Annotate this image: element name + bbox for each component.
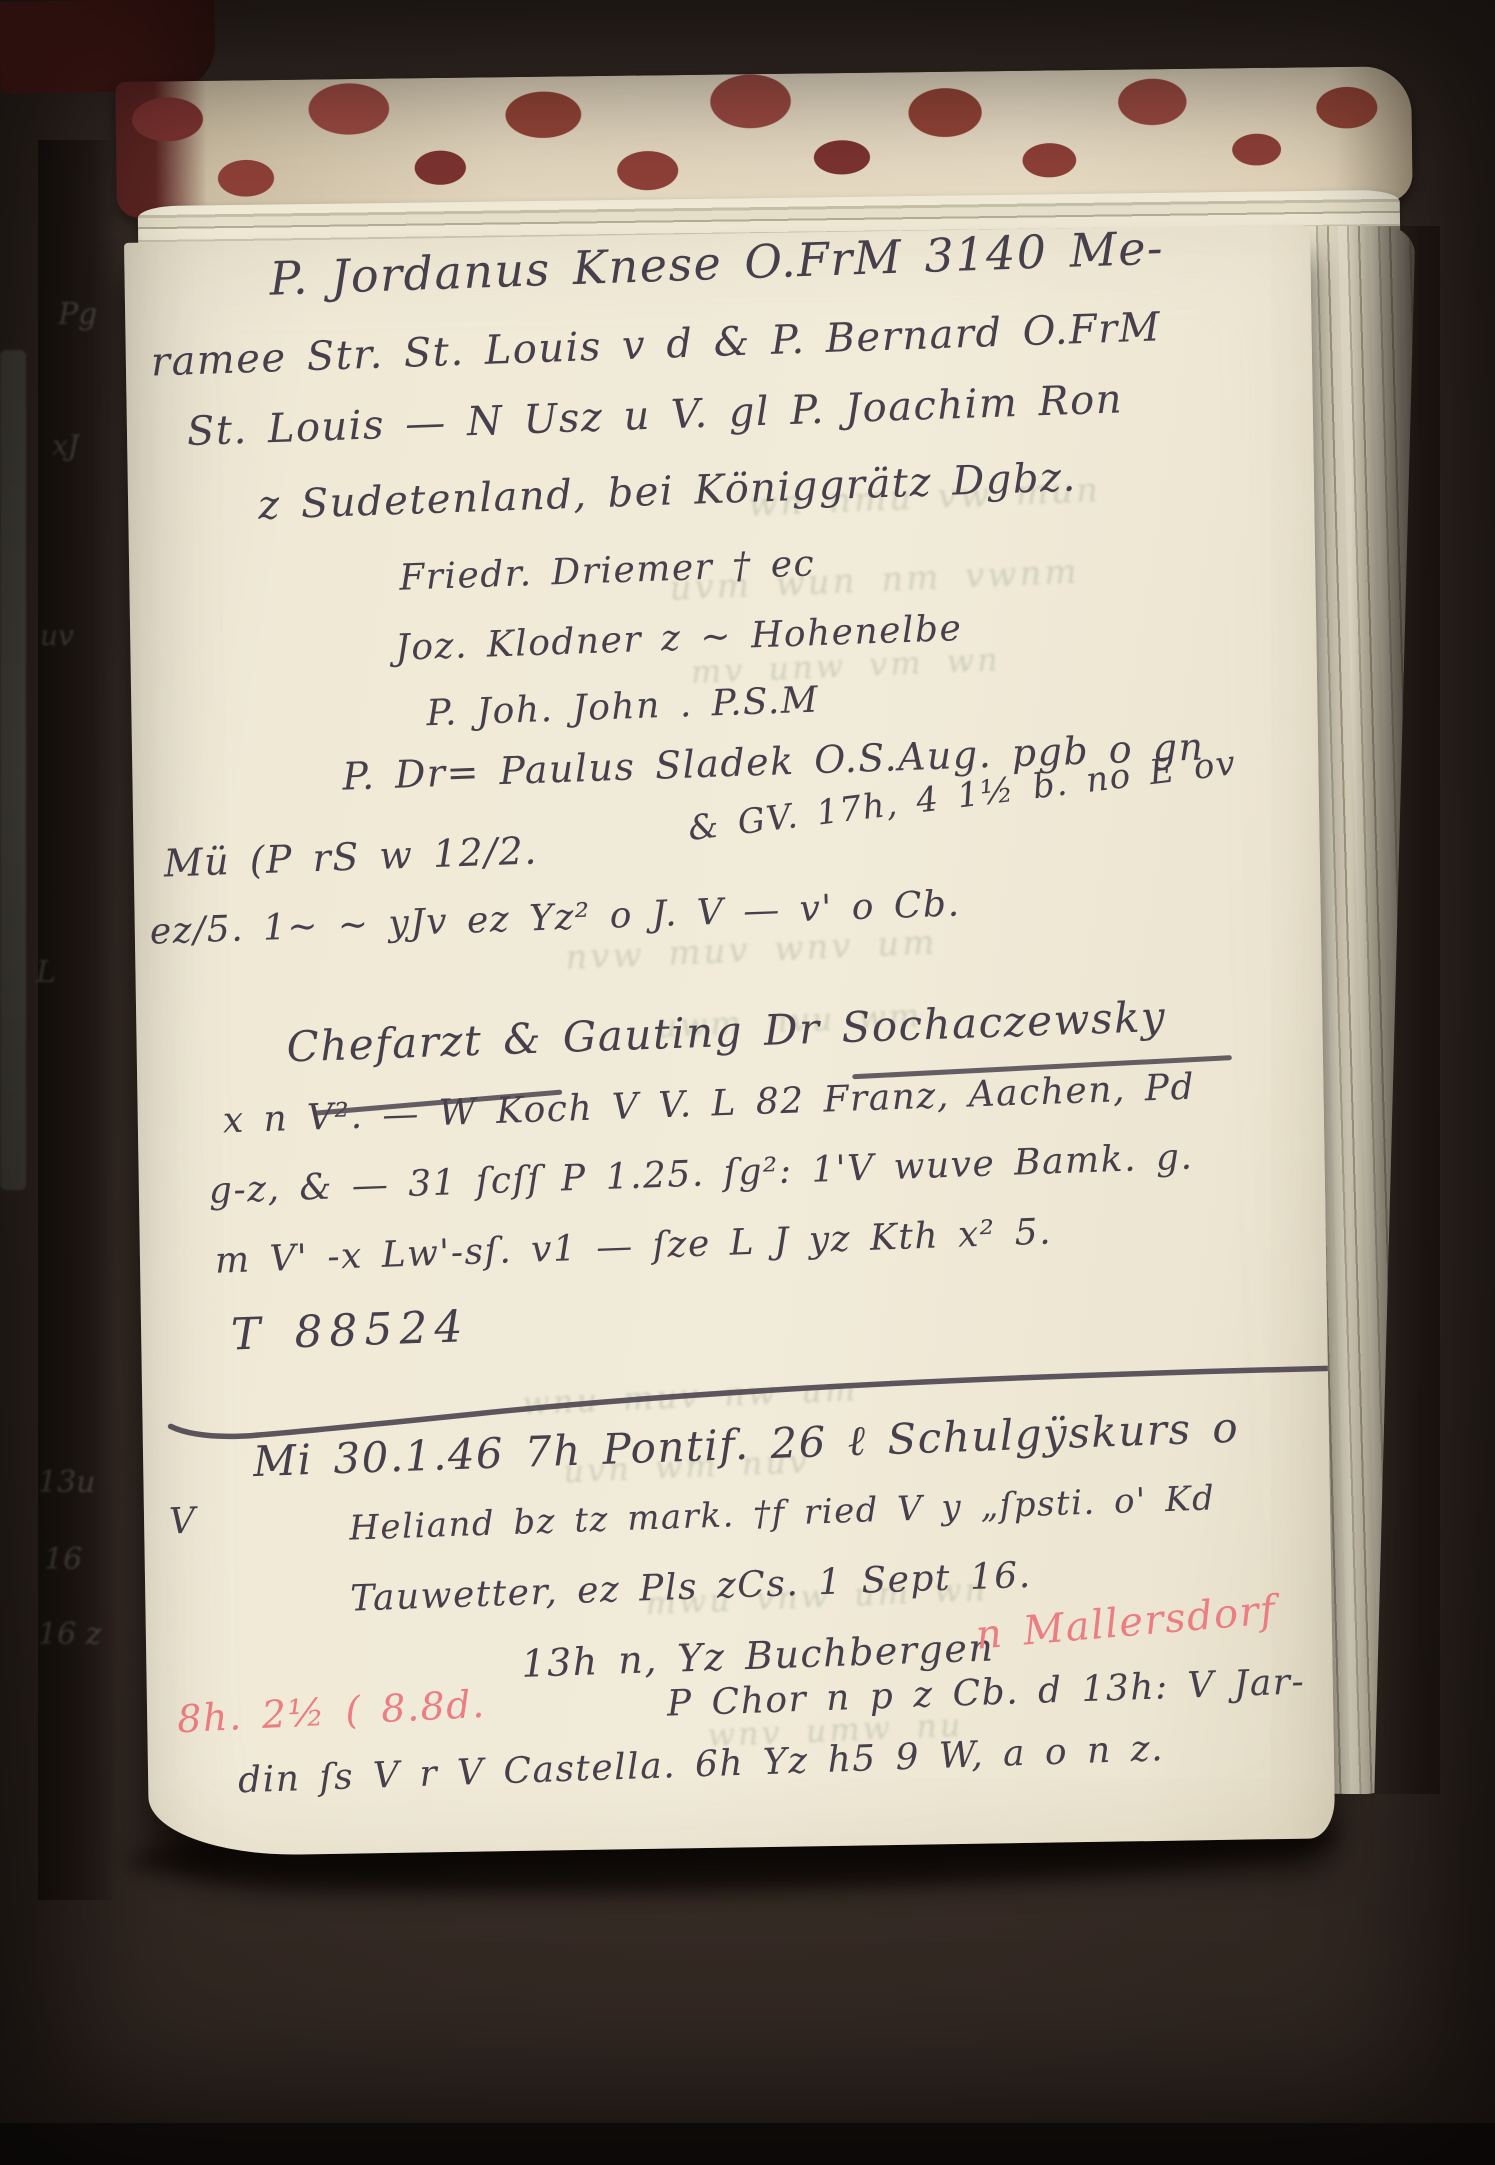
handwriting-line: ramee Str. St. Louis v d & P. Bernard O.… [150, 307, 1162, 382]
handwriting-line: St. Louis — N Usz u V. gl P. Joachim Ron [186, 379, 1123, 452]
left-page-ghost-mark: L [36, 958, 56, 988]
handwriting-line: Heliand bz tz mark. †f ried V y „ſpsti. … [349, 1481, 1216, 1545]
book-corner-leather [0, 0, 216, 94]
handwriting-line: m V' -x Lw'-sſ. v1 — ſze L J yz Kth x² 5… [214, 1214, 1052, 1279]
handwriting-line: x n V². — W Koch V V. L 82 Franz, Aachen… [222, 1070, 1195, 1140]
photo-bottom-shadow [0, 2123, 1495, 2165]
left-page-ghost-mark: 16 [44, 1545, 82, 1575]
left-page-ghost-mark: xJ [52, 432, 79, 460]
handwriting-line: din ſs V r V Castella. 6h Yz h5 9 W, a o… [238, 1731, 1165, 1799]
handwriting-line: g-z, & — 31 ſcſſ P 1.25. ſg²: 1'V wuve B… [208, 1139, 1194, 1209]
left-page-ghost-mark: 16 z [38, 1620, 102, 1650]
red-ink-note: n Mallersdorf [974, 1590, 1278, 1656]
left-cover-sliver [0, 350, 26, 1190]
notebook-page: wn nmu vw mun uvm wun nm vwnm mv unw vm … [124, 224, 1335, 1856]
left-page-ghost-mark: 13u [38, 1468, 96, 1498]
margin-checkmark: V [168, 1504, 197, 1541]
photo-of-notebook: Pg xJ uv L 13u 16 16 z wn nmu vw mun uvm… [0, 0, 1495, 2165]
handwriting-line: P. Joh. John . P.S.M [426, 683, 820, 733]
red-ink-note: 8h. 2½ ( 8.8d. [176, 1685, 486, 1739]
handwriting-line: Mü (P rS w 12/2. [163, 831, 538, 882]
page-stack-shade [1350, 226, 1440, 1794]
handwriting-line: Chefarzt & Gauting Dr Sochaczewsky [286, 996, 1167, 1069]
left-page-ghost-mark: Pg [58, 300, 97, 330]
left-page-ghost-mark: uv [40, 622, 74, 650]
telephone-number: T 88524 [230, 1305, 470, 1357]
